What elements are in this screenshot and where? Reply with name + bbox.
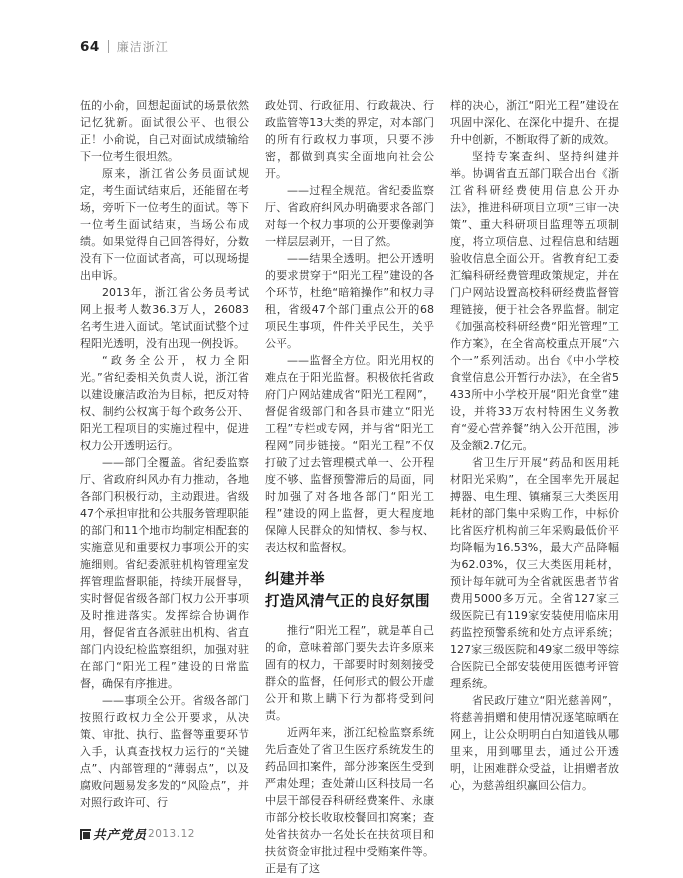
paragraph: ——过程全规范。省纪委监察厅、省政府纠风办明确要求各部门对每一个权力事项的公开要… [265,182,434,250]
paragraph: 原来，浙江省公务员面试规定，考生面试结束后，还能留在考场，旁听下一位考生的面试。… [80,165,249,284]
issue-date: 2013.12 [148,828,195,840]
paragraph: 推行“阳光工程”，就是革自己的命，意味着部门要失去许多原来固有的权力，干部要时时… [265,622,434,724]
paragraph: 伍的小俞，回想起面试的场景依然记忆犹新。面试很公平、也很公正！小俞说，自己对面试… [80,97,249,165]
subheading-line-2: 打造风清气正的良好氛围 [265,591,434,613]
page-number: 64 [80,39,100,55]
magazine-page: 64 廉洁浙江 伍的小俞，回想起面试的场景依然记忆犹新。面试很公平、也很公正！小… [0,0,683,878]
text-column-1: 伍的小俞，回想起面试的场景依然记忆犹新。面试很公平、也很公正！小俞说，自己对面试… [80,97,249,877]
paragraph: 省民政厅建立“阳光慈善网”，将慈善捐赠和使用情况逐笔晾晒在网上，让公众明明白白知… [450,692,619,794]
magazine-logo-text: 共产党员 [93,825,147,843]
paragraph: ——部门全覆盖。省纪委监察厅、省政府纠风办有力推动，各地各部门积极行动，主动跟进… [80,454,249,692]
paragraph: ——结果全透明。把公开透明的要求贯穿于“阳光工程”建设的各个环节，杜绝“暗箱操作… [265,250,434,352]
header-divider [108,40,109,53]
paragraph: 近两年来，浙江纪检监察系统先后查处了省卫生医疗系统发生的药品回扣案件，部分涉案医… [265,724,434,877]
paragraph: “政务全公开，权力全阳光。”省纪委相关负责人说，浙江省以建设廉洁政治为目标，把反… [80,352,249,454]
paragraph: 坚持专案查纠、坚持纠建并举。协调省直五部门联合出台《浙江省科研经费使用信息公开办… [450,148,619,454]
paragraph: ——事项全公开。省级各部门按照行政权力全公开要求，从决策、审批、执行、监督等重要… [80,692,249,811]
page-footer: 共产党员 2013.12 [80,825,195,843]
text-column-2: 政处罚、行政征用、行政裁决、行政监管等13大类的界定，对本部门的所有行政权力事项… [265,97,434,877]
page-header: 64 廉洁浙江 [80,38,169,55]
subheading-line-1: 纠建并举 [265,569,434,591]
paragraph: 样的决心，浙江“阳光工程”建设在巩固中深化、在深化中提升、在提升中创新，不断取得… [450,97,619,148]
article-body: 伍的小俞，回想起面试的场景依然记忆犹新。面试很公平、也很公正！小俞说，自己对面试… [80,97,618,877]
paragraph: 省卫生厅开展“药品和医用耗材阳光采购”，在全国率先开展起搏器、电生理、镇痛泵三大… [450,454,619,692]
section-title: 廉洁浙江 [117,38,169,55]
section-subheading: 纠建并举 打造风清气正的良好氛围 [265,569,434,613]
paragraph: ——监督全方位。阳光用权的难点在于阳光监督。积极依托省政府门户网站建成省“阳光工… [265,352,434,556]
paragraph: 政处罚、行政征用、行政裁决、行政监管等13大类的界定，对本部门的所有行政权力事项… [265,97,434,182]
paragraph: 2013年，浙江省公务员考试网上报考人数36.3万人，26083名考生进入面试。… [80,284,249,352]
text-column-3: 样的决心，浙江“阳光工程”建设在巩固中深化、在深化中提升、在提升中创新，不断取得… [450,97,619,877]
magazine-logo-icon [80,829,91,840]
